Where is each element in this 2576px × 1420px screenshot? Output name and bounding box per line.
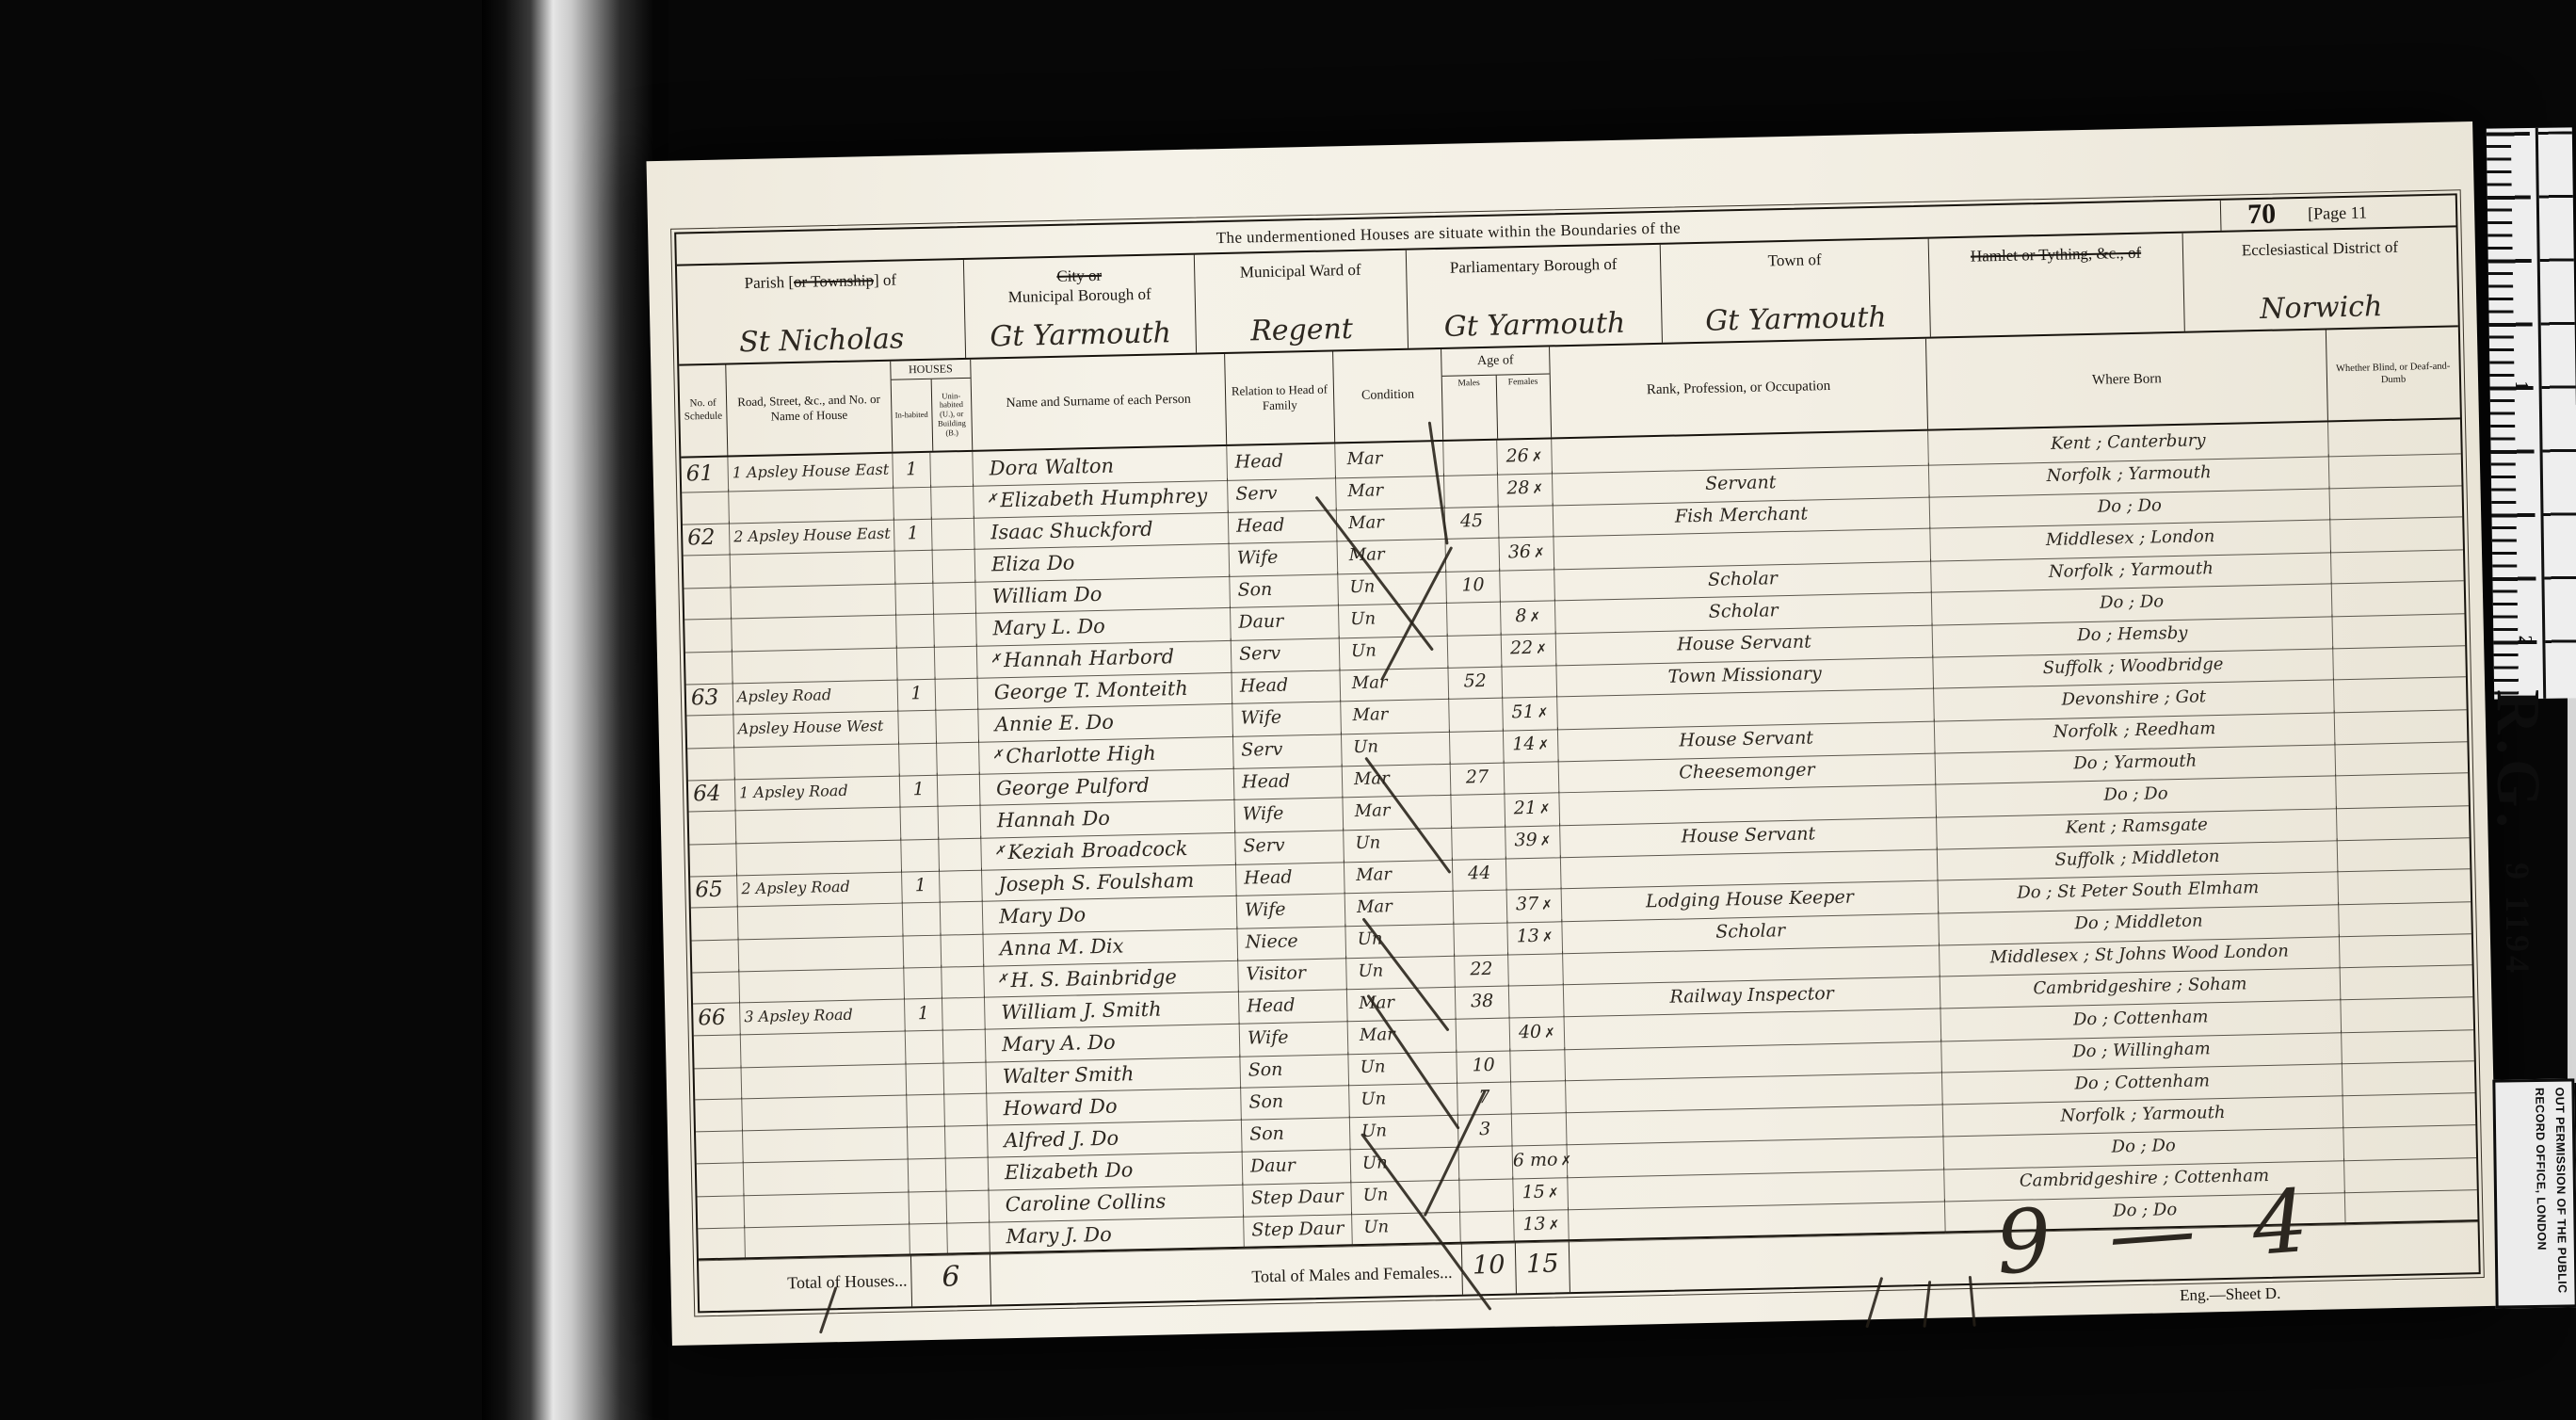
person-name: Anna M. Dix (1000, 934, 1124, 960)
inhabited-cell (901, 805, 940, 841)
age-male-cell (1460, 1208, 1515, 1244)
age-female-cell (1500, 567, 1555, 602)
schedule-number-cell (682, 489, 730, 524)
col-road-header: Road, Street, &c., and No. or Name of Ho… (726, 362, 893, 456)
age-group-label: Age of (1441, 347, 1550, 376)
schedule-number-cell: 63 (686, 681, 734, 716)
age-male-cell: 7 (1457, 1081, 1512, 1116)
uninhabited-cell (940, 868, 983, 903)
person-name: Mary J. Do (1006, 1223, 1112, 1248)
inhabited-cell (906, 1061, 944, 1096)
age-male-cell (1454, 889, 1508, 925)
age-male-cell (1459, 1176, 1514, 1212)
relation-cell: Head (1239, 988, 1348, 1025)
inhabited-cell: 1 (893, 453, 931, 489)
age-female-cell: 37 (1507, 887, 1563, 923)
person-name: Keziah Broadcock (1007, 837, 1188, 863)
pen-mark: ✗ (987, 492, 997, 506)
total-males-value: 10 (1461, 1242, 1516, 1294)
person-name: Elizabeth Do (1005, 1158, 1134, 1184)
age-male-cell (1445, 537, 1500, 573)
age-male-cell (1444, 473, 1499, 508)
census-rows: 611 Apsley House East1Dora WaltonHeadMar… (681, 419, 2477, 1258)
schedule-number-cell (686, 713, 734, 749)
age-male-cell (1452, 825, 1506, 861)
blind-deaf-cell (2342, 1027, 2474, 1064)
condition-cell: Un (1348, 1050, 1457, 1087)
person-name: Annie E. Do (994, 711, 1114, 736)
person-name: Howard Do (1003, 1095, 1118, 1121)
inhabited-cell (906, 1029, 944, 1065)
permission-line-2: RECORD OFFICE, LONDON (2529, 1088, 2552, 1299)
person-name: Mary Do (999, 903, 1087, 928)
person-name: Isaac Shuckford (990, 518, 1153, 544)
person-name: Charlotte High (1006, 742, 1156, 767)
col-uninhabited-header: Unin-habited (U.), or Building (B.) (930, 379, 972, 451)
col-males-header: Males (1442, 376, 1497, 440)
age-female-cell: 22 (1502, 631, 1557, 667)
inhabited-cell: 1 (898, 677, 937, 712)
person-name: William J. Smith (1001, 998, 1162, 1025)
relation-cell: Step Daur (1244, 1212, 1353, 1249)
schedule-number-cell: 64 (688, 777, 736, 812)
person-name: Caroline Collins (1006, 1190, 1167, 1217)
age-female-cell (1511, 1079, 1567, 1114)
uninhabited-cell (931, 484, 974, 520)
hamlet-struck-label: Hamlet or Tything, &c., of (1971, 244, 2142, 266)
schedule-number-cell (694, 1065, 742, 1100)
municipal-ward-field: Municipal Ward of Regent (1195, 250, 1409, 353)
inhabited-cell (894, 485, 932, 521)
pen-mark: ✗ (992, 748, 1003, 762)
tally-strokes (647, 121, 2473, 161)
houses-group-label: HOUSES (891, 360, 970, 380)
condition-cell: Un (1352, 1210, 1461, 1248)
age-female-cell (1506, 855, 1562, 890)
col-females-header: Females (1495, 374, 1551, 438)
uninhabited-cell (938, 772, 981, 807)
age-female-cell: 39 (1505, 823, 1561, 859)
age-female-cell: 6 mo (1513, 1143, 1569, 1179)
municipal-ward-label: Municipal Ward of (1240, 261, 1361, 282)
inhabited-cell (910, 1221, 948, 1257)
condition-cell: Mar (1344, 858, 1454, 895)
permission-line-1: OUT PERMISSION OF THE PUBLIC (2549, 1087, 2571, 1299)
town-field: Town of Gt Yarmouth (1661, 239, 1931, 343)
uninhabited-cell (930, 452, 974, 488)
person-name: Hannah Do (997, 807, 1111, 832)
col-relation-header: Relation to Head of Family (1225, 351, 1335, 444)
age-female-cell (1509, 983, 1565, 1018)
schedule-number-cell (691, 905, 739, 941)
blind-deaf-cell (2340, 931, 2472, 968)
age-male-cell (1450, 729, 1505, 765)
age-female-cell (1510, 1047, 1566, 1082)
uninhabited-cell (936, 708, 979, 744)
schedule-number-cell: 65 (690, 873, 738, 908)
age-female-cell: 13 (1514, 1207, 1570, 1243)
blind-deaf-cell (2343, 1059, 2475, 1096)
col-houses-group-header: HOUSES In-habited Unin-habited (U.), or … (891, 360, 973, 452)
age-male-cell: 38 (1456, 985, 1510, 1020)
relation-cell: Son (1240, 1052, 1349, 1089)
parliamentary-borough-field: Parliamentary Borough of Gt Yarmouth (1407, 245, 1663, 348)
inhabited-cell (908, 1125, 946, 1160)
blind-deaf-cell (2345, 1187, 2478, 1225)
person-name: Eliza Do (991, 551, 1075, 575)
town-value: Gt Yarmouth (1662, 299, 1930, 340)
age-female-cell: 14 (1504, 727, 1559, 763)
ruler-major-ticks (2487, 132, 2537, 703)
town-label: Town of (1767, 250, 1821, 269)
age-female-cell (1508, 951, 1564, 986)
blind-deaf-cell (2341, 963, 2473, 1000)
municipal-borough-field: City or Municipal Borough of Gt Yarmouth (964, 255, 1197, 358)
uninhabited-cell (941, 932, 984, 968)
age-male-cell: 10 (1446, 569, 1501, 604)
check-stroke (1923, 1281, 1931, 1328)
municipal-borough-value: Gt Yarmouth (965, 315, 1196, 355)
inhabited-cell: 1 (905, 997, 943, 1032)
pen-mark: ✗ (997, 972, 1007, 986)
uninhabited-cell (939, 836, 982, 872)
person-name: Mary L. Do (992, 615, 1105, 640)
relation-cell: Son (1242, 1116, 1351, 1153)
inhabited-cell: 1 (902, 869, 941, 904)
uninhabited-cell (942, 964, 985, 999)
inhabited-cell (901, 837, 940, 873)
parish-label-struck: or Township (794, 271, 874, 291)
condition-cell: Un (1350, 1114, 1459, 1151)
city-or-struck-label: City or (1056, 266, 1102, 285)
uninhabited-cell (938, 804, 981, 840)
person-name: Dora Walton (989, 455, 1114, 480)
total-males-females-label: Total of Males and Females... (990, 1244, 1462, 1305)
parish-label-suffix: ] of (874, 271, 896, 290)
col-age-group-header: Age of Males Females (1441, 347, 1552, 439)
age-male-cell: 52 (1448, 665, 1503, 700)
inhabited-cell: 1 (894, 517, 933, 552)
schedule-number-cell (695, 1097, 743, 1132)
blind-deaf-cell (2333, 643, 2466, 680)
col-schedule-header: No. of Schedule (679, 365, 728, 457)
col-name-header: Name and Surname of each Person (971, 354, 1227, 450)
inhabited-cell (898, 709, 937, 745)
ruler-number-2: 2 (2514, 635, 2536, 644)
ecclesiastical-district-field: Ecclesiastical District of Norwich (2183, 227, 2458, 331)
inhabited-cell (899, 741, 938, 777)
schedule-number-cell (689, 809, 737, 845)
age-female-cell: 40 (1510, 1015, 1566, 1051)
age-female-cell (1502, 663, 1557, 698)
schedule-number-cell (694, 1033, 742, 1069)
age-male-cell: 44 (1453, 857, 1507, 892)
film-strip (482, 0, 668, 1420)
page-label: [Page 11 (2308, 202, 2367, 223)
inhabited-cell (907, 1093, 945, 1128)
schedule-number-cell (692, 937, 740, 973)
uninhabited-cell (943, 1028, 987, 1064)
age-male-cell (1449, 697, 1504, 733)
relation-cell: Head (1229, 508, 1338, 544)
relation-cell: Head (1232, 668, 1341, 704)
sheet-label: Eng.—Sheet D. (2180, 1284, 2281, 1305)
archive-reference: R.G. 9 1194 (2482, 689, 2553, 976)
municipal-ward-value: Regent (1196, 310, 1408, 349)
schedule-number-cell (697, 1193, 745, 1229)
age-female-cell (1499, 503, 1554, 538)
measure-ruler: 1 2 (2487, 127, 2576, 699)
total-houses-value: 6 (910, 1254, 991, 1307)
age-female-cell: 28 (1498, 471, 1554, 507)
uninhabited-cell (932, 516, 975, 551)
schedule-number-cell (692, 969, 740, 1004)
inhabited-cell (897, 645, 936, 681)
uninhabited-cell (934, 612, 977, 648)
age-male-cell (1459, 1144, 1514, 1180)
age-male-cell (1454, 921, 1508, 957)
pen-mark: ✗ (990, 652, 1001, 666)
uninhabited-cell (947, 1220, 990, 1256)
age-female-cell: 15 (1513, 1175, 1569, 1211)
age-male-cell: 10 (1457, 1049, 1511, 1084)
age-male-cell (1443, 441, 1498, 476)
person-name: H. S. Bainbridge (1010, 965, 1177, 992)
inhabited-cell (909, 1157, 947, 1193)
archive-series: R.G. (2484, 689, 2552, 832)
municipal-borough-label: Municipal Borough of (1008, 285, 1151, 306)
schedule-number-cell (684, 617, 733, 653)
person-name: Hannah Harbord (1004, 645, 1175, 671)
condition-cell: Mar (1343, 762, 1452, 799)
condition-cell: Mar (1340, 666, 1449, 702)
col-blind-header: Whether Blind, or Deaf-and-Dumb (2326, 327, 2460, 420)
pen-mark: ✗ (994, 844, 1005, 858)
schedule-number-cell (689, 841, 737, 877)
age-female-cell: 26 (1497, 439, 1553, 475)
blind-deaf-cell (2335, 739, 2468, 776)
inhabited-cell (903, 901, 942, 937)
schedule-number-cell (687, 745, 735, 781)
ecclesiastical-district-value: Norwich (2184, 287, 2458, 329)
condition-cell: Un (1349, 1082, 1458, 1119)
uninhabited-cell (943, 1060, 987, 1095)
parish-field: Parish [or Township] of St Nicholas (677, 260, 966, 364)
age-male-cell: 45 (1445, 505, 1500, 540)
relation-cell: Visitor (1238, 956, 1347, 992)
inhabited-cell: 1 (900, 773, 939, 808)
person-name: Joseph S. Foulsham (998, 869, 1194, 896)
inhabited-cell (903, 933, 942, 969)
age-female-cell: 51 (1503, 695, 1558, 731)
parish-label-prefix: Parish [ (744, 273, 794, 292)
total-houses-label: Total of Houses... (699, 1255, 911, 1311)
person-name: William Do (991, 583, 1102, 608)
uninhabited-cell (944, 1092, 988, 1127)
col-condition-header: Condition (1333, 349, 1443, 442)
age-male-cell: 27 (1451, 761, 1505, 796)
person-name: George Pulford (996, 774, 1150, 800)
uninhabited-cell (945, 1124, 989, 1159)
uninhabited-cell (941, 900, 984, 936)
condition-cell: Mar (1337, 506, 1446, 542)
schedule-number-cell: 62 (683, 521, 731, 556)
person-name: Alfred J. Do (1004, 1127, 1119, 1153)
relation-cell: Son (1230, 572, 1339, 608)
uninhabited-cell (933, 580, 976, 615)
age-male-cell (1447, 601, 1502, 637)
uninhabited-cell (942, 996, 986, 1031)
parliamentary-borough-value: Gt Yarmouth (1408, 304, 1662, 345)
relation-cell: Son (1241, 1084, 1350, 1121)
age-male-cell (1457, 1017, 1511, 1053)
inhabited-cell (895, 549, 934, 585)
folio-number: 70 (2247, 201, 2277, 230)
schedule-number-cell (697, 1161, 745, 1197)
schedule-number-cell (684, 553, 732, 589)
age-male-cell (1448, 633, 1503, 669)
relation-cell: Head (1234, 764, 1344, 800)
uninhabited-cell (946, 1156, 990, 1192)
inhabited-cell (896, 613, 935, 649)
inhabited-cell (909, 1189, 947, 1225)
hamlet-field: Hamlet or Tything, &c., of (1929, 234, 2185, 337)
age-female-cell: 36 (1499, 535, 1554, 571)
parliamentary-borough-label: Parliamentary Borough of (1450, 255, 1618, 277)
col-rank-header: Rank, Profession, or Occupation (1550, 339, 1928, 438)
person-name: Elizabeth Humphrey (1000, 484, 1207, 511)
parish-value: St Nicholas (678, 319, 965, 361)
house-address-cell (745, 1221, 910, 1260)
age-female-cell: 8 (1501, 599, 1556, 635)
relation-cell: Head (1236, 860, 1345, 896)
blind-deaf-cell (2343, 1091, 2476, 1128)
age-female-cell (1505, 759, 1560, 794)
schedule-number-cell: 61 (681, 457, 729, 492)
folio-box: 70 [Page 11 (2220, 195, 2456, 230)
col-born-header: Where Born (1926, 330, 2328, 428)
uninhabited-cell (937, 740, 980, 776)
age-male-cell (1451, 793, 1505, 829)
person-name: George T. Monteith (994, 677, 1188, 703)
inhabited-cell (895, 581, 934, 616)
schedule-number-cell (685, 649, 733, 685)
age-female-cell: 21 (1505, 791, 1560, 827)
uninhabited-cell (933, 548, 976, 584)
person-name: Walter Smith (1003, 1062, 1135, 1088)
census-table: The undermentioned Houses are situate wi… (674, 193, 2481, 1313)
uninhabited-cell (935, 644, 978, 680)
ecclesiastical-district-label: Ecclesiastical District of (2242, 238, 2399, 260)
archive-number: 9 1194 (2499, 863, 2536, 976)
age-female-cell (1512, 1111, 1568, 1146)
blind-deaf-cell (2338, 835, 2471, 872)
blind-deaf-cell (2329, 483, 2462, 520)
schedule-number-cell (684, 585, 732, 620)
person-name: Mary A. Do (1002, 1031, 1116, 1057)
schedule-number-cell: 66 (693, 1001, 741, 1036)
total-females-value: 15 (1515, 1241, 1570, 1293)
permission-stamp: OUT PERMISSION OF THE PUBLIC RECORD OFFI… (2492, 1078, 2576, 1308)
col-inhabited-header: In-habited (892, 379, 932, 452)
uninhabited-cell (946, 1188, 990, 1224)
blind-deaf-cell (2331, 547, 2464, 584)
uninhabited-cell (936, 676, 979, 711)
age-female-cell: 13 (1507, 919, 1563, 955)
census-paper: The undermentioned Houses are situate wi… (647, 121, 2499, 1346)
inhabited-cell (904, 965, 942, 1000)
schedule-number-cell (696, 1129, 744, 1164)
ruler-number-1: 1 (2510, 381, 2532, 391)
schedule-number-cell (698, 1225, 746, 1261)
age-male-cell: 22 (1455, 953, 1509, 988)
